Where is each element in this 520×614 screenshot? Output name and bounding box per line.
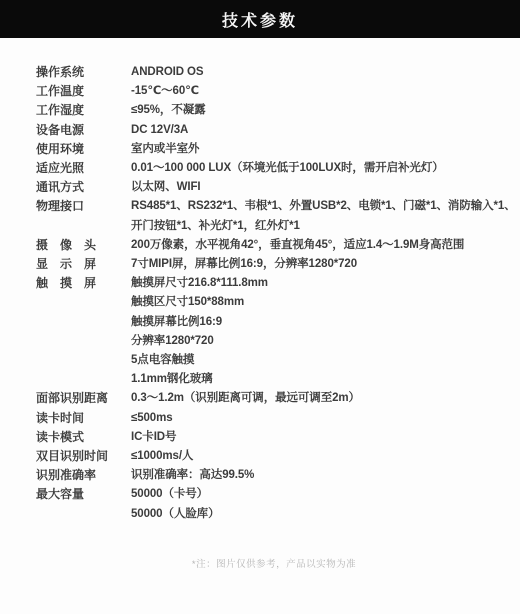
spec-value-line: 200万像素，水平视角42°，垂直视角45°，适应1.4～1.9M身高范围 xyxy=(131,236,508,255)
spec-label: 设备电源 xyxy=(36,121,131,140)
spec-value-line: DC 12V/3A xyxy=(131,121,508,140)
spec-label: 读卡模式 xyxy=(36,428,131,447)
spec-row: 读卡模式IC卡ID号 xyxy=(36,428,508,447)
spec-value-line: ≤1000ms/人 xyxy=(131,447,508,466)
spec-value-line: 50000（人脸库） xyxy=(131,505,508,524)
spec-label: 触 摸 屏 xyxy=(36,274,131,293)
spec-value-line: 0.3～1.2m（识别距离可调，最远可调至2m） xyxy=(131,389,508,408)
spec-values: ≤1000ms/人 xyxy=(131,447,508,466)
spec-row: 显 示 屏7寸MIPI屏，屏幕比例16:9，分辨率1280*720 xyxy=(36,255,508,274)
spec-value-line: ANDROID OS xyxy=(131,63,508,82)
spec-row: 触 摸 屏触摸屏尺寸216.8*111.8mm触摸区尺寸150*88mm触摸屏幕… xyxy=(36,274,508,389)
spec-row: 设备电源DC 12V/3A xyxy=(36,121,508,140)
spec-row: 读卡时间≤500ms xyxy=(36,409,508,428)
spec-values: 识别准确率：高达99.5% xyxy=(131,466,508,485)
spec-value-line: 以太网、WIFI xyxy=(131,178,508,197)
spec-values: 50000（卡号）50000（人脸库） xyxy=(131,485,508,523)
spec-row: 使用环境室内或半室外 xyxy=(36,140,508,159)
spec-row: 工作湿度≤95%，不凝露 xyxy=(36,101,508,120)
spec-values: ≤500ms xyxy=(131,409,508,428)
spec-row: 适应光照0.01～100 000 LUX（环境光低于100LUX时，需开启补光灯… xyxy=(36,159,508,178)
spec-values: -15℃～60℃ xyxy=(131,82,508,101)
spec-value-line: 7寸MIPI屏，屏幕比例16:9，分辨率1280*720 xyxy=(131,255,508,274)
spec-row: 面部识别距离0.3～1.2m（识别距离可调，最远可调至2m） xyxy=(36,389,508,408)
spec-value-line: 分辨率1280*720 xyxy=(131,332,508,351)
spec-row: 双目识别时间≤1000ms/人 xyxy=(36,447,508,466)
spec-value-line: 触摸屏幕比例16:9 xyxy=(131,313,508,332)
spec-value-line: 5点电容触摸 xyxy=(131,351,508,370)
spec-value-line: RS485*1、RS232*1、韦根*1、外置USB*2、电锁*1、门磁*1、消… xyxy=(131,197,508,216)
spec-value-line: -15℃～60℃ xyxy=(131,82,508,101)
spec-label: 双目识别时间 xyxy=(36,447,131,466)
title-bar: 技术参数 xyxy=(0,0,520,38)
page-title: 技术参数 xyxy=(222,8,298,31)
spec-label: 面部识别距离 xyxy=(36,389,131,408)
spec-value-line: 室内或半室外 xyxy=(131,140,508,159)
spec-row: 摄 像 头200万像素，水平视角42°，垂直视角45°，适应1.4～1.9M身高… xyxy=(36,236,508,255)
spec-label: 摄 像 头 xyxy=(36,236,131,255)
spec-value-line: 触摸区尺寸150*88mm xyxy=(131,293,508,312)
spec-label: 最大容量 xyxy=(36,485,131,504)
spec-row: 物理接口RS485*1、RS232*1、韦根*1、外置USB*2、电锁*1、门磁… xyxy=(36,197,508,235)
spec-value-line: 1.1mm钢化玻璃 xyxy=(131,370,508,389)
spec-values: ≤95%，不凝露 xyxy=(131,101,508,120)
spec-row: 工作温度-15℃～60℃ xyxy=(36,82,508,101)
spec-value-line: 触摸屏尺寸216.8*111.8mm xyxy=(131,274,508,293)
spec-label: 物理接口 xyxy=(36,197,131,216)
spec-values: 200万像素，水平视角42°，垂直视角45°，适应1.4～1.9M身高范围 xyxy=(131,236,508,255)
spec-values: 7寸MIPI屏，屏幕比例16:9，分辨率1280*720 xyxy=(131,255,508,274)
spec-row: 操作系统ANDROID OS xyxy=(36,63,508,82)
spec-values: 0.3～1.2m（识别距离可调，最远可调至2m） xyxy=(131,389,508,408)
spec-label: 读卡时间 xyxy=(36,409,131,428)
spec-sheet: 技术参数 操作系统ANDROID OS工作温度-15℃～60℃工作湿度≤95%，… xyxy=(0,0,520,570)
spec-row: 通讯方式以太网、WIFI xyxy=(36,178,508,197)
spec-value-line: 50000（卡号） xyxy=(131,485,508,504)
spec-values: 触摸屏尺寸216.8*111.8mm触摸区尺寸150*88mm触摸屏幕比例16:… xyxy=(131,274,508,389)
spec-values: DC 12V/3A xyxy=(131,121,508,140)
spec-values: RS485*1、RS232*1、韦根*1、外置USB*2、电锁*1、门磁*1、消… xyxy=(131,197,508,235)
spec-value-line: ≤95%，不凝露 xyxy=(131,101,508,120)
spec-value-line: IC卡ID号 xyxy=(131,428,508,447)
spec-label: 通讯方式 xyxy=(36,178,131,197)
spec-label: 工作湿度 xyxy=(36,101,131,120)
spec-row: 识别准确率识别准确率：高达99.5% xyxy=(36,466,508,485)
spec-label: 识别准确率 xyxy=(36,466,131,485)
spec-values: IC卡ID号 xyxy=(131,428,508,447)
spec-label: 使用环境 xyxy=(36,140,131,159)
spec-row: 最大容量50000（卡号）50000（人脸库） xyxy=(36,485,508,523)
spec-values: ANDROID OS xyxy=(131,63,508,82)
spec-table: 操作系统ANDROID OS工作温度-15℃～60℃工作湿度≤95%，不凝露设备… xyxy=(0,38,520,524)
spec-label: 操作系统 xyxy=(36,63,131,82)
spec-label: 显 示 屏 xyxy=(36,255,131,274)
spec-value-line: ≤500ms xyxy=(131,409,508,428)
footnote: *注：图片仅供参考，产品以实物为准 xyxy=(28,556,520,570)
spec-values: 以太网、WIFI xyxy=(131,178,508,197)
spec-values: 室内或半室外 xyxy=(131,140,508,159)
spec-label: 适应光照 xyxy=(36,159,131,178)
spec-value-line: 0.01～100 000 LUX（环境光低于100LUX时，需开启补光灯） xyxy=(131,159,508,178)
spec-value-line: 开门按钮*1、补光灯*1，红外灯*1 xyxy=(131,217,508,236)
spec-label: 工作温度 xyxy=(36,82,131,101)
spec-value-line: 识别准确率：高达99.5% xyxy=(131,466,508,485)
spec-values: 0.01～100 000 LUX（环境光低于100LUX时，需开启补光灯） xyxy=(131,159,508,178)
